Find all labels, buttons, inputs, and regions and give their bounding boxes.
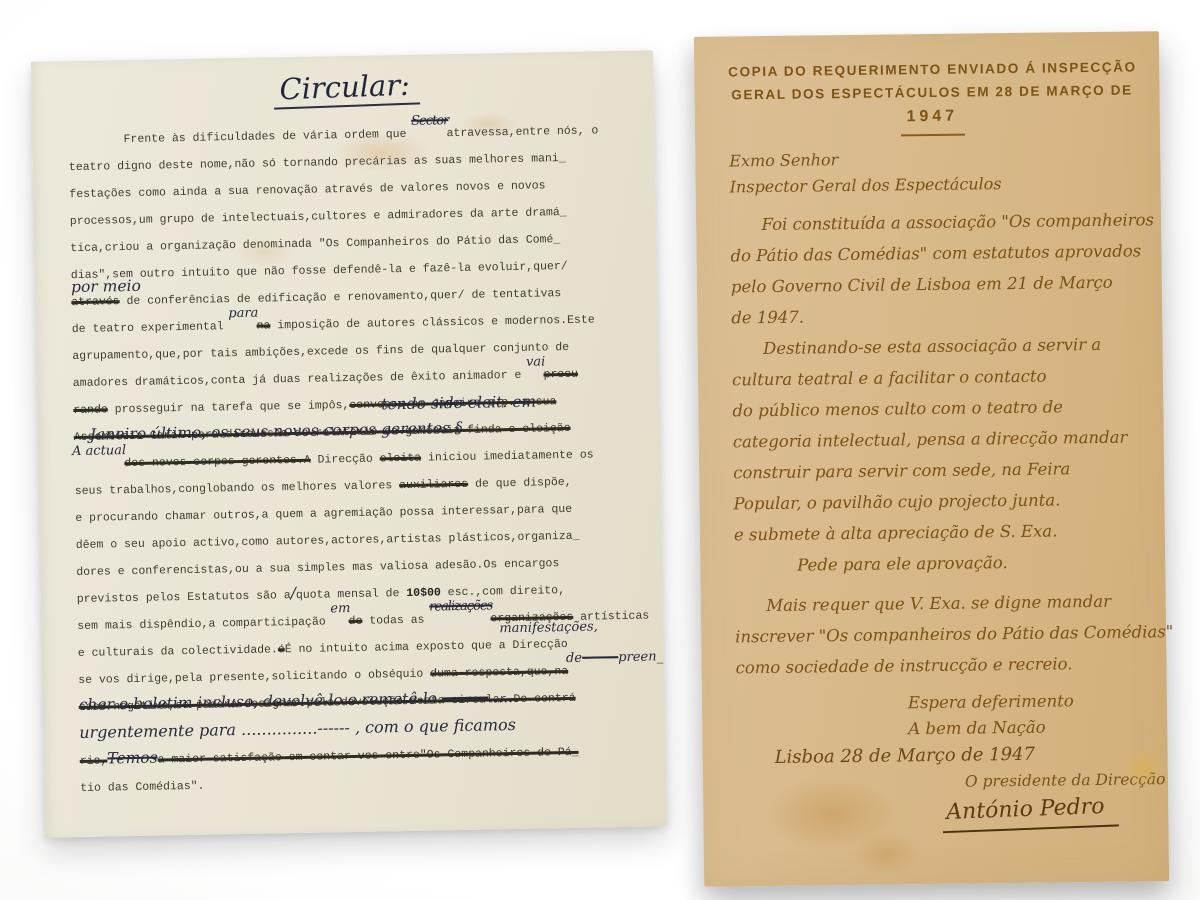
- typewritten-segment: iniciou imediatamente os: [421, 449, 594, 465]
- typewritten-segment: eleita: [380, 452, 422, 466]
- typewritten-segment: É no intuito acima exposto que a Direcçã…: [285, 638, 568, 656]
- typewritten-segment: esc.,com direito,: [441, 584, 565, 599]
- typewritten-segment: de que dispõe,: [468, 476, 572, 491]
- typewritten-segment: rio,: [80, 754, 108, 768]
- typewritten-segment: auxiliares: [399, 478, 468, 492]
- manuscript-line: Popular, o pavilhão cujo projecto junta.: [733, 483, 1140, 519]
- typewritten-segment: procu: [543, 368, 578, 382]
- handwritten-segment: eleit. em: [463, 393, 536, 412]
- handwritten-segment: .....: [488, 688, 518, 707]
- handwritten-segment: por meio: [71, 277, 141, 296]
- signature-text: António Pedro: [941, 790, 1119, 833]
- manuscript-line: e submete à alta apreciação de S. Exa.: [734, 514, 1141, 550]
- handwritten-segment: urgentemente para ...............------ …: [79, 718, 365, 742]
- typewritten-segment: dos novos corpos gerentes.A: [124, 454, 311, 470]
- handwritten-segment: sido: [431, 394, 463, 413]
- manuscript-line: de 1947.: [731, 297, 1138, 333]
- typewritten-segment: imposição de autores clássicos e moderno…: [270, 313, 595, 332]
- typewritten-segment: rando: [73, 403, 108, 417]
- manuscript-line: categoria intelectual, pensa a direcção …: [733, 421, 1140, 457]
- manuscript-line: do Pátio das Comédias" com estatutos apr…: [730, 235, 1137, 271]
- typewritten-segment: se vos dirige,pela presente,solicitando …: [78, 668, 430, 687]
- typewritten-segment: todas as: [362, 614, 431, 628]
- requerimento-body: Exmo SenhorInspector Geral dos Espectácu…: [729, 143, 1144, 797]
- requerimento-copy-page: COPIA DO REQUERIMENTO ENVIADO Á INSPECÇÃ…: [694, 31, 1169, 887]
- typewritten-segment: 10$00: [406, 586, 441, 600]
- requerimento-header: COPIA DO REQUERIMENTO ENVIADO Á INSPECÇÃ…: [728, 55, 1136, 132]
- handwritten-segment: para: [228, 306, 258, 322]
- circular-draft-page: Circular: Frente às dificuldades de vári…: [31, 50, 667, 837]
- header-line: 1947: [729, 101, 1136, 132]
- typewritten-segment: de: [349, 615, 363, 628]
- handwritten-segment: ———: [442, 688, 489, 707]
- handwritten-segment: Temos: [107, 749, 158, 768]
- manuscript-line: do público menos culto com o teatro de: [732, 390, 1139, 426]
- handwritten-segment: preen_: [614, 649, 663, 665]
- manuscript-line: construir para servir com sede, na Feira: [733, 452, 1140, 488]
- handwritten-segment: em: [330, 601, 350, 616]
- handwritten-segment: tendo: [381, 394, 431, 413]
- typewritten-segment: sem mais dispêndio,a comparticipação: [77, 615, 333, 633]
- antonio-pedro-signature: António Pedro: [737, 792, 1144, 833]
- typewritten-segment: atravessa,entre nós, o: [446, 124, 598, 140]
- typewritten-segment: através: [71, 295, 120, 309]
- handwritten-segment: ———: [582, 650, 618, 666]
- photo-backdrop: Circular: Frente às dificuldades de vári…: [0, 0, 1200, 900]
- handwritten-segment: com o que ficamos: [365, 715, 516, 737]
- typewritten-segment: e culturais da colectividade.: [78, 643, 278, 660]
- typewritten-segment: na: [256, 319, 270, 332]
- typewritten-segment: previstos pelos Estatutos são a: [77, 589, 291, 606]
- handwritten-segment: A actual: [72, 443, 126, 459]
- paper-stain: [854, 832, 921, 875]
- manuscript-line: Destinando-se esta associação a servir a: [731, 328, 1138, 364]
- handwritten-segment: realizações: [429, 598, 492, 614]
- typewritten-segment: de teatro experimental: [72, 320, 231, 336]
- handwritten-segment: Sector: [411, 113, 448, 129]
- handwritten-segment: vai: [526, 354, 546, 369]
- manuscript-line: inscrever "Os companheiros do Pátio das …: [735, 616, 1142, 652]
- typewritten-segment: duma resposta,que,na: [430, 665, 568, 681]
- manuscript-line: Mais requer que V. Exa. se digne mandar: [735, 585, 1142, 621]
- typewritten-segment: seus trabalhos,conglobando os melhores v…: [75, 479, 400, 498]
- manuscript-line: Pede para ele aprovação.: [734, 545, 1141, 581]
- manuscript-line: como sociedade de instrucção e recreio.: [735, 647, 1142, 683]
- year-underline-rule: [901, 134, 965, 137]
- manuscript-line: pelo Governo Civil de Lisboa em 21 de Ma…: [731, 266, 1138, 302]
- typewritten-segment: Direcção: [311, 452, 380, 466]
- typewritten-segment: amadores dramáticos,conta já duas realiz…: [73, 369, 529, 390]
- typewritten-segment: Frente às dificuldades de vária ordem qu…: [68, 128, 413, 147]
- typewritten-segment: quota mensal de: [296, 587, 407, 602]
- typewritten-segment: a maior satisfação em contar-vos entre"O…: [158, 746, 579, 767]
- manuscript-line: cultura teatral e a facilitar o contacto: [732, 359, 1139, 395]
- typewritten-segment: de conferências de edificação e renovame…: [120, 287, 562, 308]
- typewritten-segment: tio das Comédias".: [80, 780, 204, 795]
- manuscript-line: Foi constituída a associação "Os companh…: [730, 204, 1137, 240]
- handwritten-segment: manifestações,: [499, 619, 598, 636]
- circular-body: Frente às dificuldades de vária ordem qu…: [68, 115, 638, 800]
- circular-title-text: Circular:: [273, 67, 421, 109]
- typewritten-segment: prosseguir na tarefa que se impôs,: [108, 399, 350, 416]
